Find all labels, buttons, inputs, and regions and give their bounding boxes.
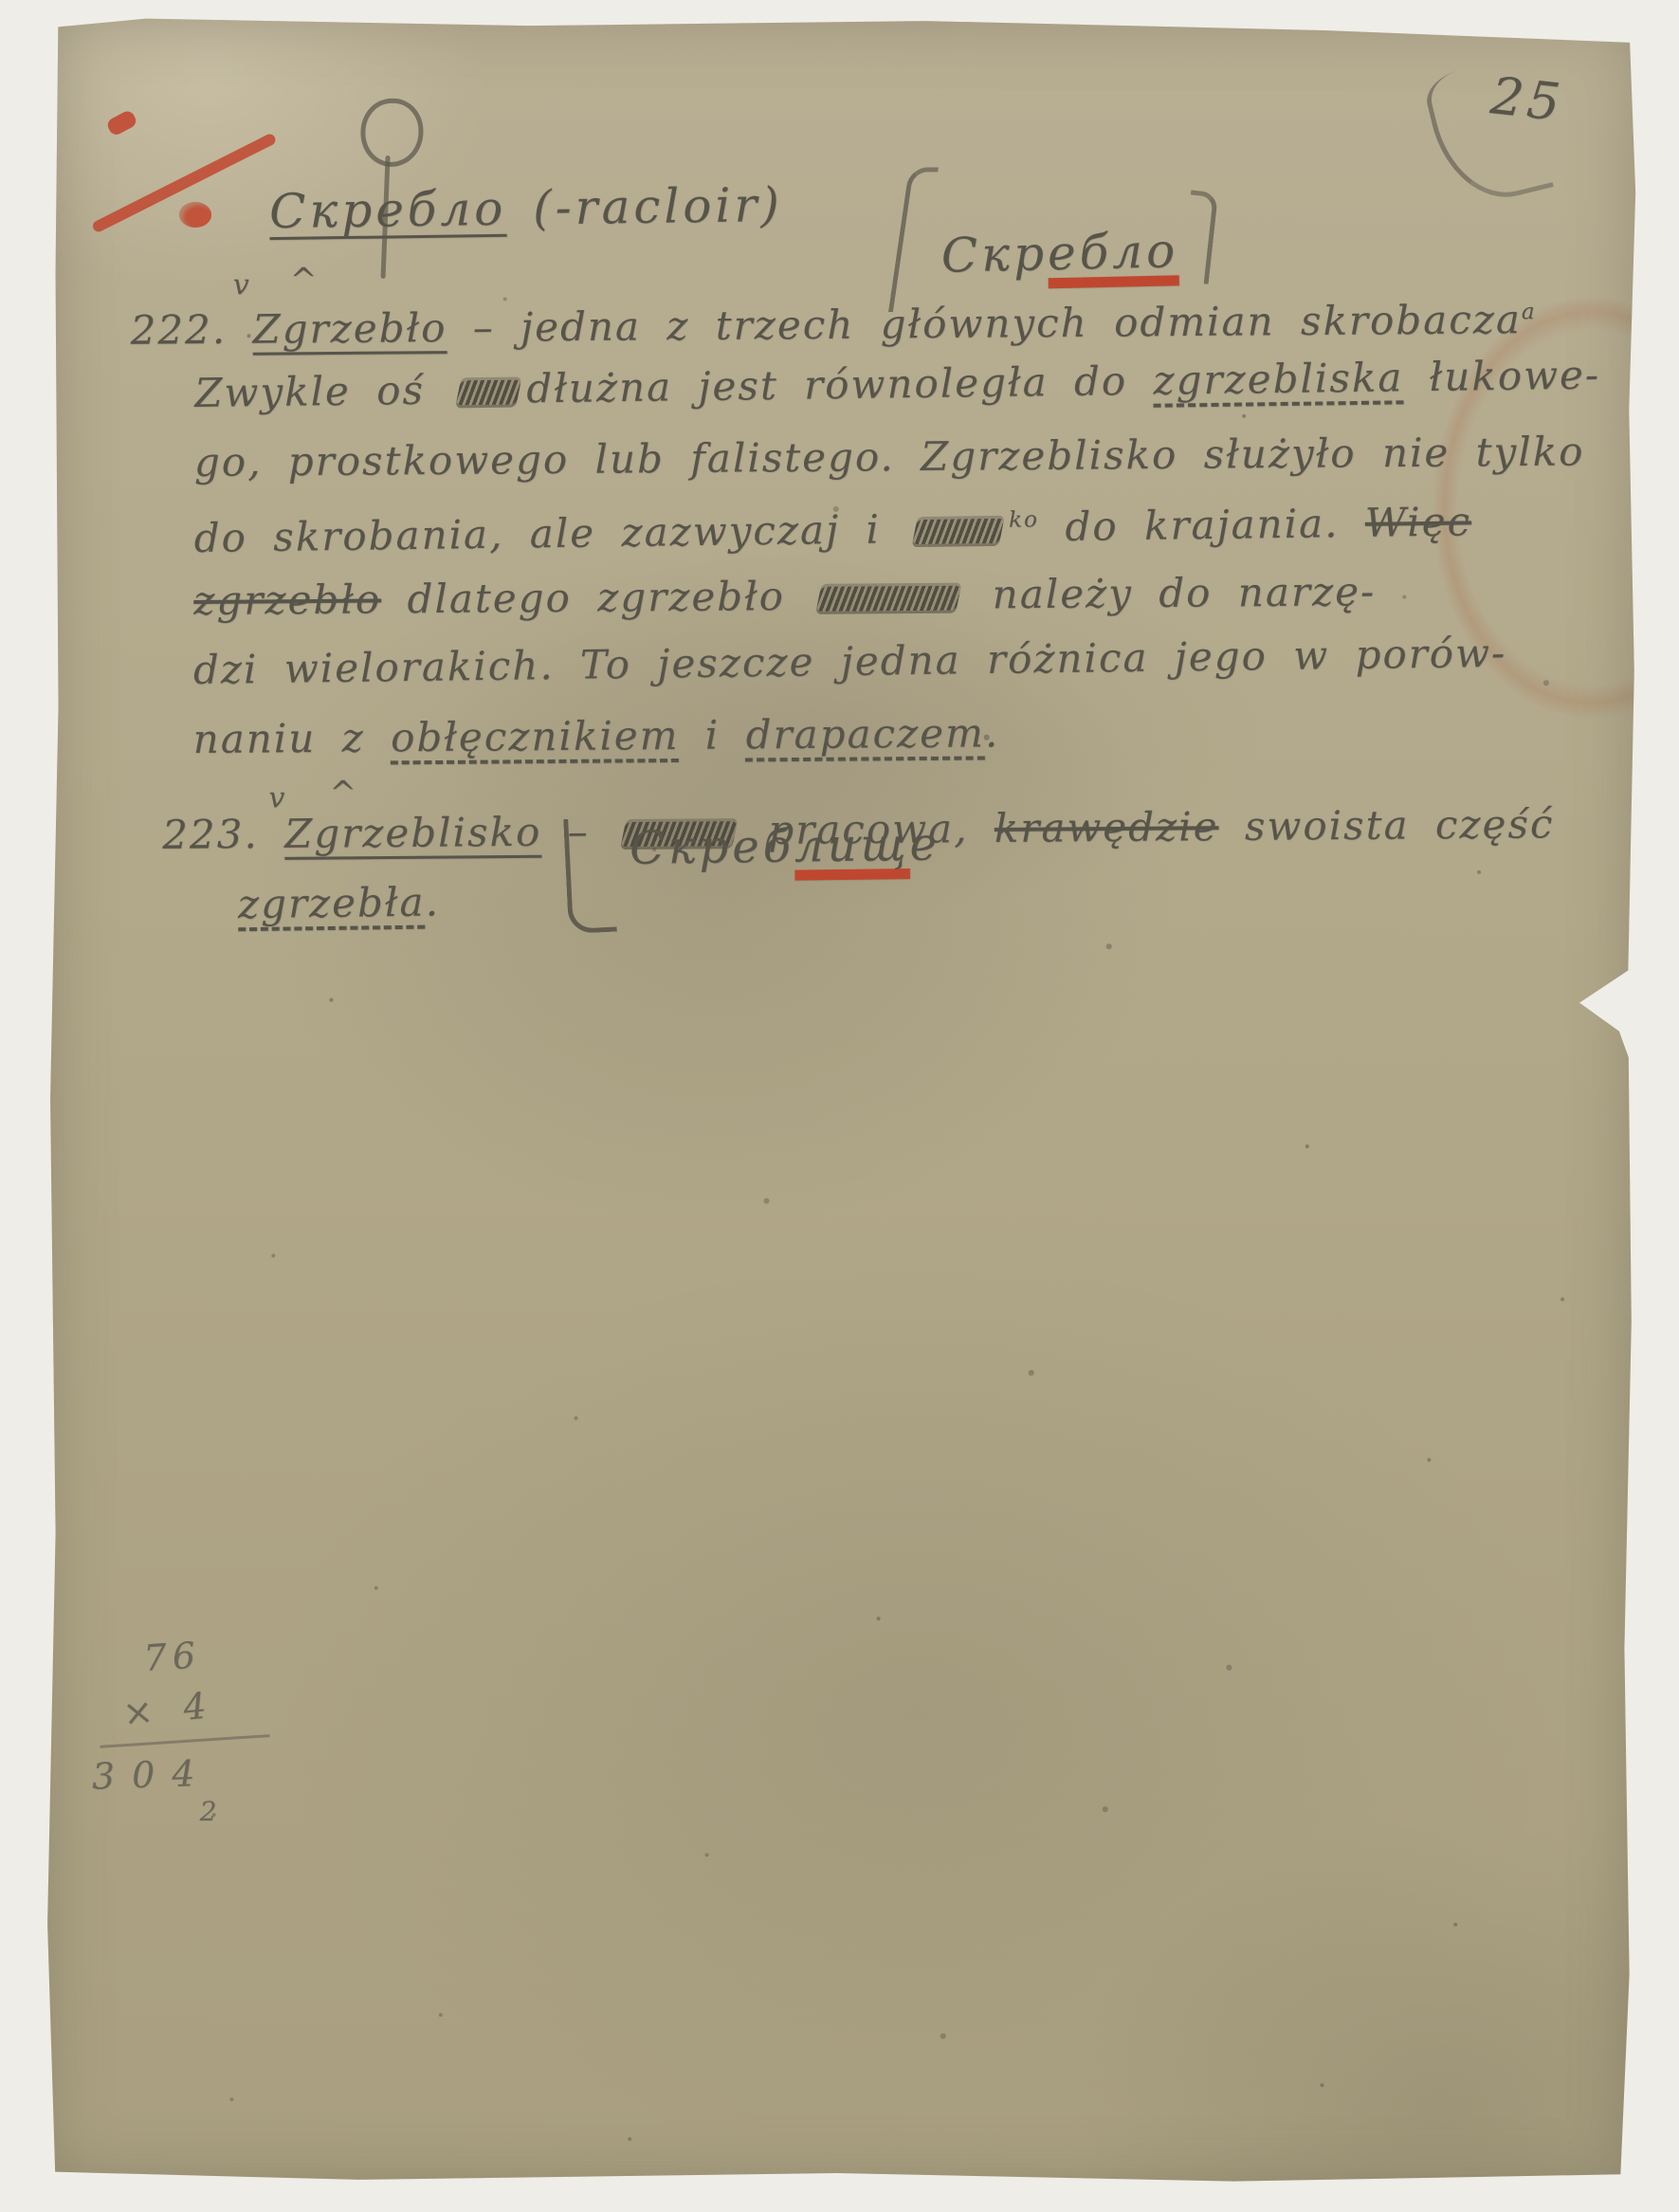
page-number-text: 25 [1487, 65, 1566, 133]
hook-bracket-mark [563, 817, 617, 934]
manuscript-line: naniu z obłęcznikiem i drapaczem. [192, 693, 1612, 774]
scanned-document: 25 Скребло (-racloir) Скребло v^222. Zgr… [0, 0, 1679, 2212]
manuscript-page: 25 Скребло (-racloir) Скребло v^222. Zgr… [41, 11, 1641, 2191]
paper-speckles [50, 11, 52, 13]
calc-multiplier: × 4 [121, 1673, 319, 1734]
pencil-calculation: 76 × 4 304 2 [109, 1632, 319, 1828]
red-dot-bottom [179, 202, 211, 228]
entry-222: v^222. Zgrzebło – jedna z trzech głównyc… [95, 289, 1614, 780]
annotation-cyrillic: Скреблище [566, 818, 940, 935]
calc-product: 304 [91, 1748, 318, 1797]
page-number: 25 [1435, 54, 1626, 216]
calc-carry: 2 [200, 1796, 318, 1828]
loop-head [360, 99, 423, 167]
title-right-text: Скребло [940, 223, 1178, 283]
red-dot-top [105, 109, 138, 137]
calc-rule-line [100, 1734, 270, 1748]
annotation-text: Скреблище [630, 818, 940, 875]
calc-multiplicand: 76 [142, 1626, 319, 1679]
bracket-right-mark [1181, 190, 1218, 284]
title-cyrillic-racloir: Скребло (-racloir) [269, 177, 783, 239]
